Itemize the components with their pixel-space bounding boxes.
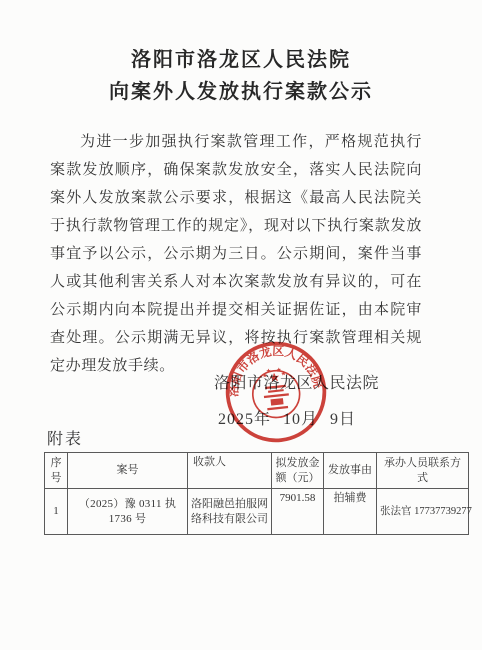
document-page: 洛阳市洛龙区人民法院 向案外人发放执行案款公示 为进一步加强执行案款管理工作，严… (0, 0, 482, 650)
col-header-index: 序号 (45, 453, 68, 489)
signature-court-name: 洛阳市洛龙区人民法院 (214, 370, 379, 393)
cell-case-number: （2025）豫 0311 执 1736 号 (68, 489, 188, 535)
signature-block: 洛阳市洛龙区人民法院 2025年 10月 9日 (214, 370, 379, 429)
title-announcement: 向案外人发放执行案款公示 (0, 76, 482, 108)
cell-contact: 张法官 17737739277 (377, 489, 469, 535)
document-title: 洛阳市洛龙区人民法院 向案外人发放执行案款公示 (0, 44, 482, 108)
appendix-label: 附表 (47, 426, 83, 449)
cell-reason: 拍辅费 (324, 489, 377, 535)
title-court-name: 洛阳市洛龙区人民法院 (0, 44, 482, 76)
table-row: 1 （2025）豫 0311 执 1736 号 洛阳融邑拍服网络科技有限公司 7… (45, 489, 469, 535)
signature-date: 2025年 10月 9日 (218, 406, 379, 429)
col-header-amount: 拟发放金额（元） (272, 453, 324, 489)
col-header-payee: 收款人 (188, 453, 272, 489)
cell-payee: 洛阳融邑拍服网络科技有限公司 (188, 489, 272, 535)
cell-amount: 7901.58 (272, 489, 324, 535)
payout-table: 序号 案号 收款人 拟发放金额（元） 发放事由 承办人员联系方式 1 （2025… (44, 452, 469, 535)
col-header-reason: 发放事由 (324, 453, 377, 489)
col-header-contact: 承办人员联系方式 (377, 453, 469, 489)
announcement-body: 为进一步加强执行案款管理工作，严格规范执行案款发放顺序，确保案款发放安全，落实人… (50, 128, 422, 380)
col-header-case-number: 案号 (68, 453, 188, 489)
table-header-row: 序号 案号 收款人 拟发放金额（元） 发放事由 承办人员联系方式 (45, 453, 469, 489)
cell-index: 1 (45, 489, 68, 535)
